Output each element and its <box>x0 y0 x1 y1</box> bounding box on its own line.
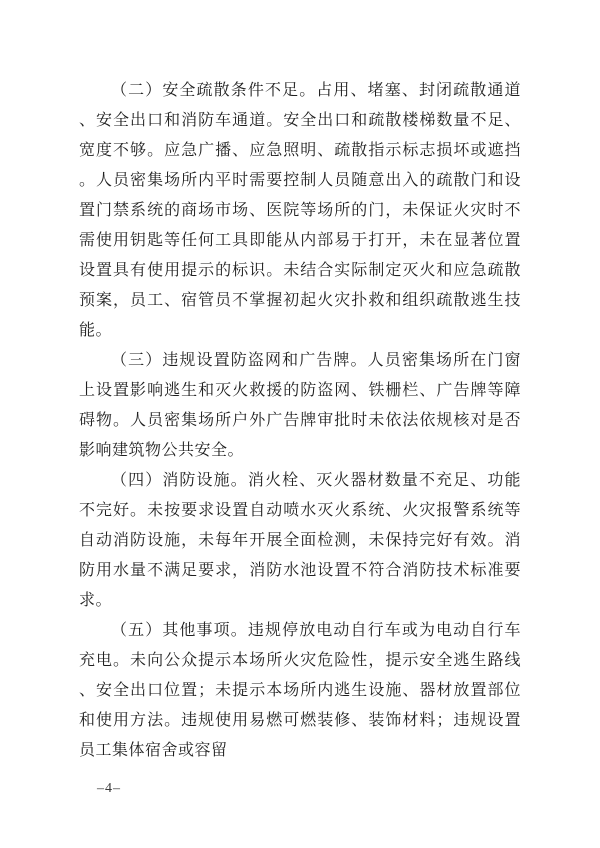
text-line: 需使用钥匙等任何工具即能从内部易于打开，未在显著位置 <box>79 226 521 256</box>
paragraph-section-2: （二）安全疏散条件不足。占用、堵塞、封闭疏散通道 、安全出口和消防车通道。安全出… <box>79 76 521 346</box>
text-line: 宽度不够。应急广播、应急照明、疏散指示标志损坏或遮挡 <box>79 136 521 166</box>
text-line: 上设置影响逃生和灭火救援的防盗网、铁栅栏、广告牌等障 <box>79 376 521 406</box>
text-line: 碍物。人员密集场所户外广告牌审批时未依法依规核对是否 <box>79 406 521 436</box>
text-line: 充电。未向公众提示本场所火灾危险性，提示安全逃生路线 <box>79 646 521 676</box>
page-number: –4– <box>97 780 121 798</box>
text-line: 、安全出口位置；未提示本场所内逃生设施、器材放置部位 <box>79 676 521 706</box>
document-page: （二）安全疏散条件不足。占用、堵塞、封闭疏散通道 、安全出口和消防车通道。安全出… <box>0 0 600 848</box>
text-line: 能。 <box>79 316 521 346</box>
text-line: 。人员密集场所内平时需要控制人员随意出入的疏散门和设 <box>79 166 521 196</box>
text-line: （四）消防设施。消火栓、灭火器材数量不充足、功能 <box>79 466 521 496</box>
text-line: 和使用方法。违规使用易燃可燃装修、装饰材料；违规设置 <box>79 706 521 736</box>
text-line: 影响建筑物公共安全。 <box>79 436 521 466</box>
text-line: 预案，员工、宿管员不掌握初起火灾扑救和组织疏散逃生技 <box>79 286 521 316</box>
text-line: 自动消防设施，未每年开展全面检测，未保持完好有效。消 <box>79 526 521 556</box>
text-line: （五）其他事项。违规停放电动自行车或为电动自行车 <box>79 616 521 646</box>
text-line: 员工集体宿舍或容留 <box>79 736 521 766</box>
text-line: 防用水量不满足要求，消防水池设置不符合消防技术标准要 <box>79 556 521 586</box>
text-line: （二）安全疏散条件不足。占用、堵塞、封闭疏散通道 <box>79 76 521 106</box>
paragraph-section-5: （五）其他事项。违规停放电动自行车或为电动自行车 充电。未向公众提示本场所火灾危… <box>79 616 521 766</box>
document-body: （二）安全疏散条件不足。占用、堵塞、封闭疏散通道 、安全出口和消防车通道。安全出… <box>79 76 521 766</box>
paragraph-section-3: （三）违规设置防盗网和广告牌。人员密集场所在门窗 上设置影响逃生和灭火救援的防盗… <box>79 346 521 466</box>
text-line: 、安全出口和消防车通道。安全出口和疏散楼梯数量不足、 <box>79 106 521 136</box>
text-line: 求。 <box>79 586 521 616</box>
text-line: 置门禁系统的商场市场、医院等场所的门，未保证火灾时不 <box>79 196 521 226</box>
text-line: 不完好。未按要求设置自动喷水灭火系统、火灾报警系统等 <box>79 496 521 526</box>
text-line: （三）违规设置防盗网和广告牌。人员密集场所在门窗 <box>79 346 521 376</box>
paragraph-section-4: （四）消防设施。消火栓、灭火器材数量不充足、功能 不完好。未按要求设置自动喷水灭… <box>79 466 521 616</box>
text-line: 设置具有使用提示的标识。未结合实际制定灭火和应急疏散 <box>79 256 521 286</box>
